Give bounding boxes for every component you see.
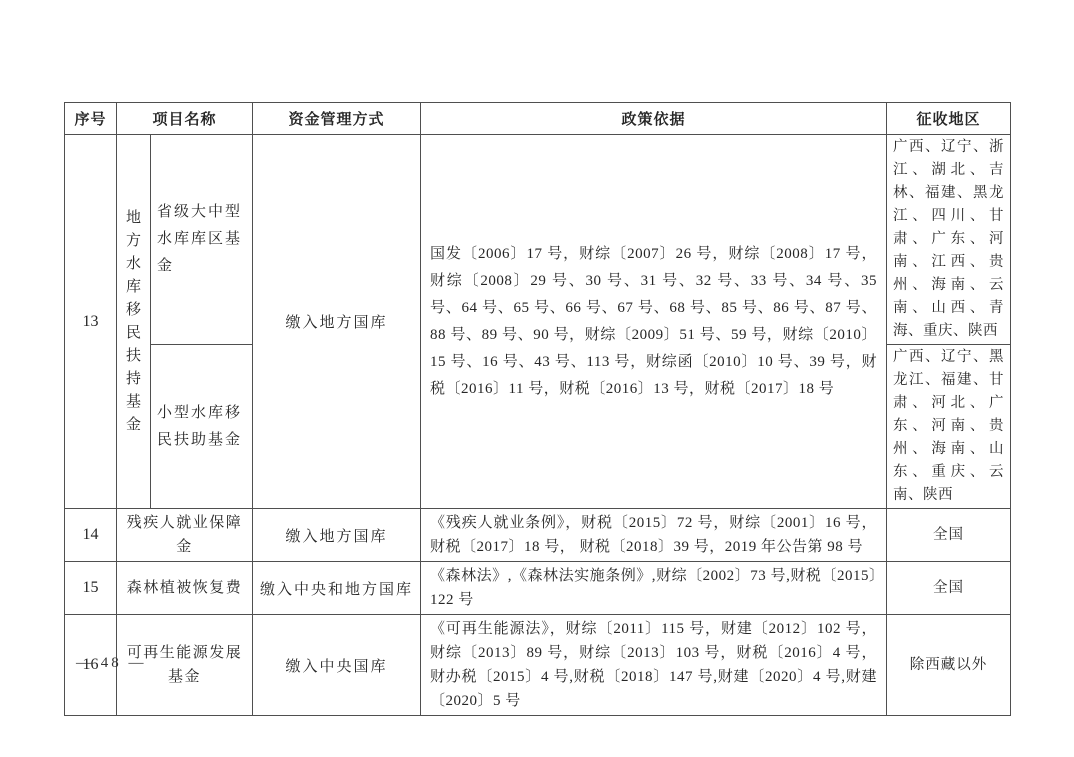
table-row-16: 16 可再生能源发展基金 缴入中央国库 《可再生能源法》，财综〔2011〕115… (65, 615, 1011, 716)
row16-policy: 《可再生能源法》，财综〔2011〕115 号，财建〔2012〕102 号，财综〔… (421, 615, 887, 716)
row13-policy: 国发〔2006〕17 号，财综〔2007〕26 号，财综〔2008〕17 号，财… (421, 135, 887, 509)
row13-sub2-name: 小型水库移民扶助基金 (151, 345, 253, 509)
row14-policy: 《残疾人就业条例》，财税〔2015〕72 号，财综〔2001〕16 号，财税〔2… (421, 509, 887, 562)
row13-management: 缴入地方国库 (253, 135, 421, 509)
document-page: 序号 项目名称 资金管理方式 政策依据 征收地区 13 地方水库移民扶持基金 省… (0, 0, 1074, 757)
row13-region-sub1: 广西、辽宁、浙江、湖北、吉林、福建、黑龙江、四川、甘肃、广东、河南、江西、贵州、… (887, 135, 1011, 345)
row13-no: 13 (65, 135, 117, 509)
table-row-14: 14 残疾人就业保障金 缴入地方国库 《残疾人就业条例》，财税〔2015〕72 … (65, 509, 1011, 562)
table-header-row: 序号 项目名称 资金管理方式 政策依据 征收地区 (65, 103, 1011, 135)
row13-group-name-text: 地方水库移民扶持基金 (126, 207, 142, 437)
gov-funds-table: 序号 项目名称 资金管理方式 政策依据 征收地区 13 地方水库移民扶持基金 省… (64, 102, 1011, 716)
row15-policy: 《森林法》,《森林法实施条例》,财综〔2002〕73 号,财税〔2015〕122… (421, 562, 887, 615)
table-row-15: 15 森林植被恢复费 缴入中央和地方国库 《森林法》,《森林法实施条例》,财综〔… (65, 562, 1011, 615)
row14-region: 全国 (887, 509, 1011, 562)
row13-region-sub2: 广西、辽宁、黑龙江、福建、甘肃、河北、广东、河南、贵州、海南、山东、重庆、云南、… (887, 345, 1011, 509)
table-sheet: 序号 项目名称 资金管理方式 政策依据 征收地区 13 地方水库移民扶持基金 省… (64, 102, 1011, 716)
header-management: 资金管理方式 (253, 103, 421, 135)
header-policy: 政策依据 (421, 103, 887, 135)
row14-name: 残疾人就业保障金 (117, 509, 253, 562)
row14-no: 14 (65, 509, 117, 562)
table-row-13a: 13 地方水库移民扶持基金 省级大中型水库库区基金 缴入地方国库 国发〔2006… (65, 135, 1011, 345)
row14-management: 缴入地方国库 (253, 509, 421, 562)
row13-group-name: 地方水库移民扶持基金 (117, 135, 151, 509)
header-region: 征收地区 (887, 103, 1011, 135)
row13-sub1-name: 省级大中型水库库区基金 (151, 135, 253, 345)
row15-region: 全国 (887, 562, 1011, 615)
header-no: 序号 (65, 103, 117, 135)
page-number: — 48 — (76, 655, 147, 672)
header-name: 项目名称 (117, 103, 253, 135)
row15-management: 缴入中央和地方国库 (253, 562, 421, 615)
row16-region: 除西藏以外 (887, 615, 1011, 716)
row15-no: 15 (65, 562, 117, 615)
row16-management: 缴入中央国库 (253, 615, 421, 716)
row15-name: 森林植被恢复费 (117, 562, 253, 615)
